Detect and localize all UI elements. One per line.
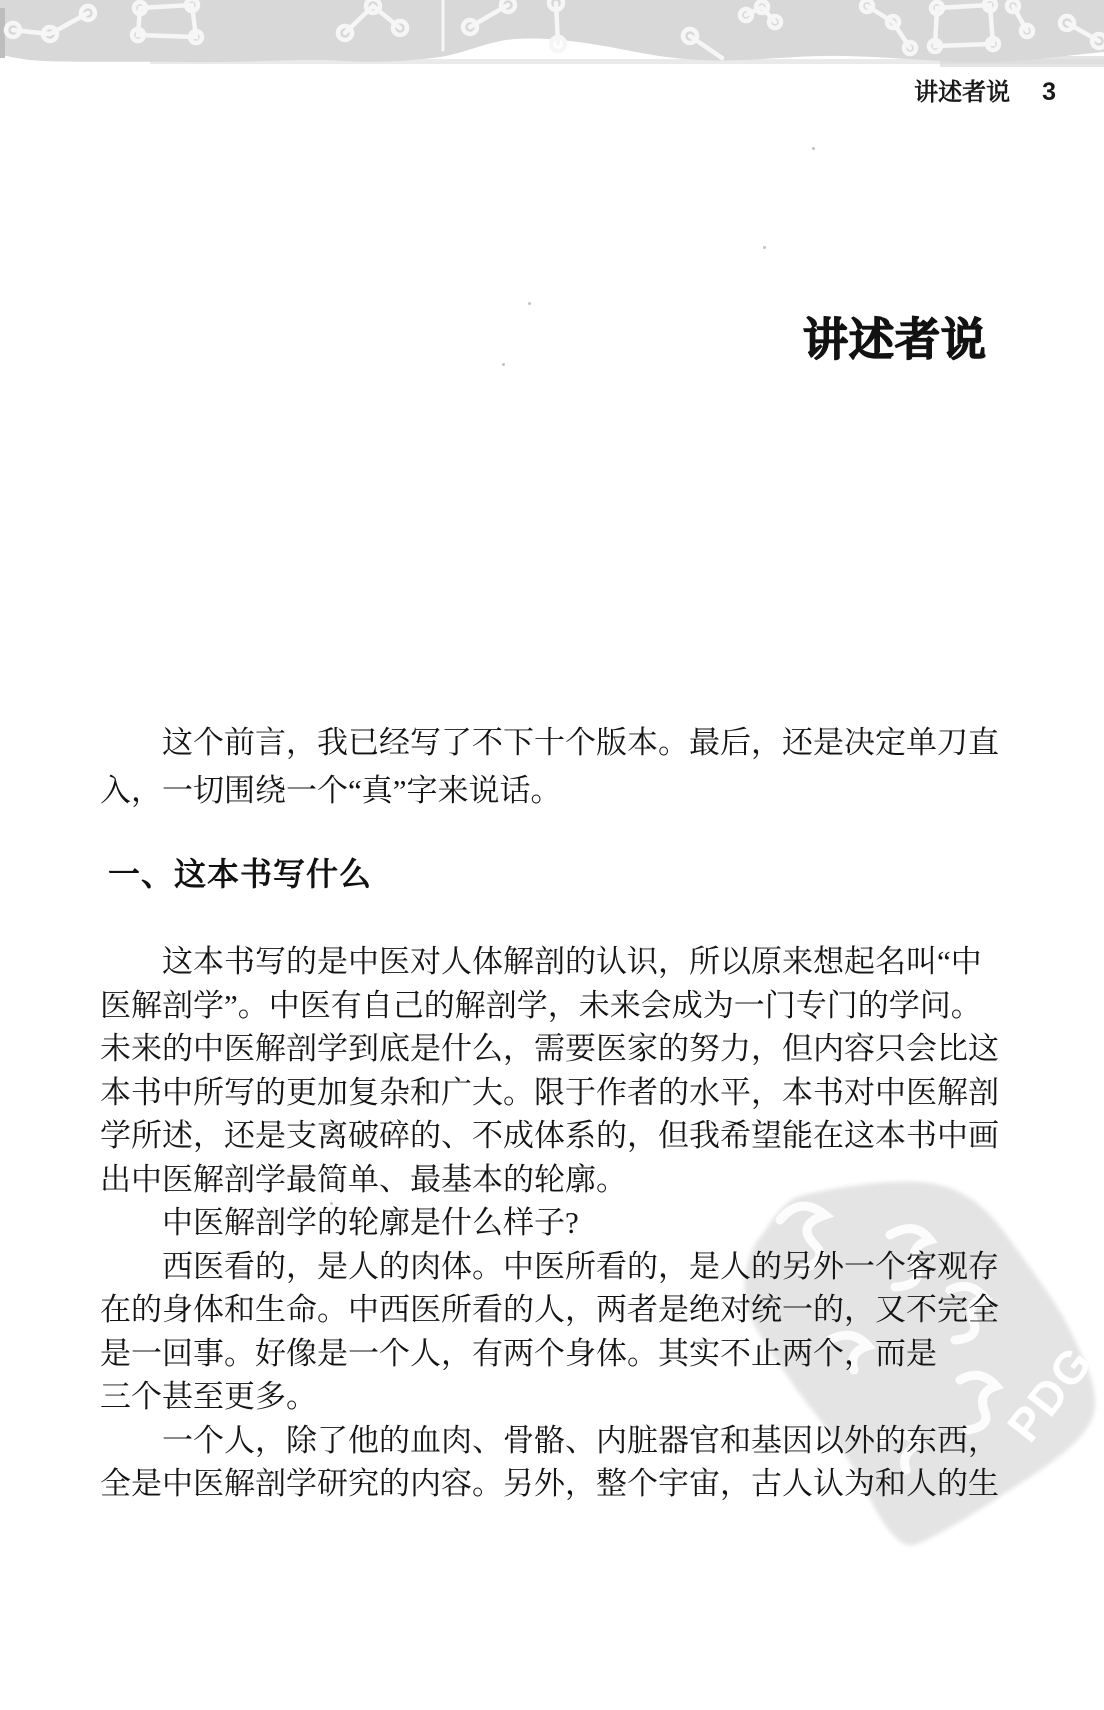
body-line: 在的身体和生命。中西医所看的人，两者是绝对统一的，又不完全 (100, 1288, 1020, 1332)
intro-line: 这个前言，我已经写了不下十个版本。最后，还是决定单刀直 (100, 719, 1000, 767)
body-text: 这本书写的是中医对人体解剖的认识，所以原来想起名叫“中 医解剖学”。中医有自己的… (100, 940, 1020, 1506)
intro-line: 入，一切围绕一个“真”字来说话。 (100, 767, 1000, 815)
body-line: 全是中医解剖学研究的内容。另外，整个宇宙，古人认为和人的生 (100, 1462, 1020, 1506)
body-line: 本书中所写的更加复杂和广大。限于作者的水平，本书对中医解剖 (100, 1071, 1020, 1115)
scan-speck (812, 147, 815, 150)
body-line: 西医看的，是人的肉体。中医所看的，是人的另外一个客观存 (100, 1245, 1020, 1289)
scan-speck (763, 246, 766, 249)
running-header: 讲述者说 3 (914, 72, 1057, 107)
intro-paragraph: 这个前言，我已经写了不下十个版本。最后，还是决定单刀直 入，一切围绕一个“真”字… (100, 719, 1000, 815)
chapter-title: 讲述者说 (803, 303, 987, 368)
text-layer: 讲述者说 3 讲述者说 这个前言，我已经写了不下十个版本。最后，还是决定单刀直 … (0, 0, 1104, 1710)
section-heading: 一、这本书写什么 (108, 849, 372, 895)
running-header-title: 讲述者说 (914, 72, 1010, 107)
scanned-book-page: PDG 讲述者说 3 讲述者说 这个前言，我已经写了不下十个版本。最后，还是决定… (0, 0, 1104, 1710)
body-line: 一个人，除了他的血肉、骨骼、内脏器官和基因以外的东西， (100, 1419, 1020, 1463)
body-line: 学所述，还是支离破碎的、不成体系的，但我希望能在这本书中画 (100, 1114, 1020, 1158)
body-line: 中医解剖学的轮廓是什么样子? (100, 1201, 1020, 1245)
scan-speck (528, 302, 531, 305)
page-number: 3 (1042, 78, 1057, 107)
scan-speck (502, 363, 505, 366)
body-line: 三个甚至更多。 (100, 1375, 1020, 1419)
body-line: 未来的中医解剖学到底是什么，需要医家的努力，但内容只会比这 (100, 1027, 1020, 1071)
body-line: 医解剖学”。中医有自己的解剖学，未来会成为一门专门的学问。 (100, 984, 1020, 1028)
body-line: 是一回事。好像是一个人，有两个身体。其实不止两个，而是 (100, 1332, 1020, 1376)
scan-speck (330, 1202, 333, 1205)
body-line: 出中医解剖学最简单、最基本的轮廓。 (100, 1158, 1020, 1202)
body-line: 这本书写的是中医对人体解剖的认识，所以原来想起名叫“中 (100, 940, 1020, 984)
